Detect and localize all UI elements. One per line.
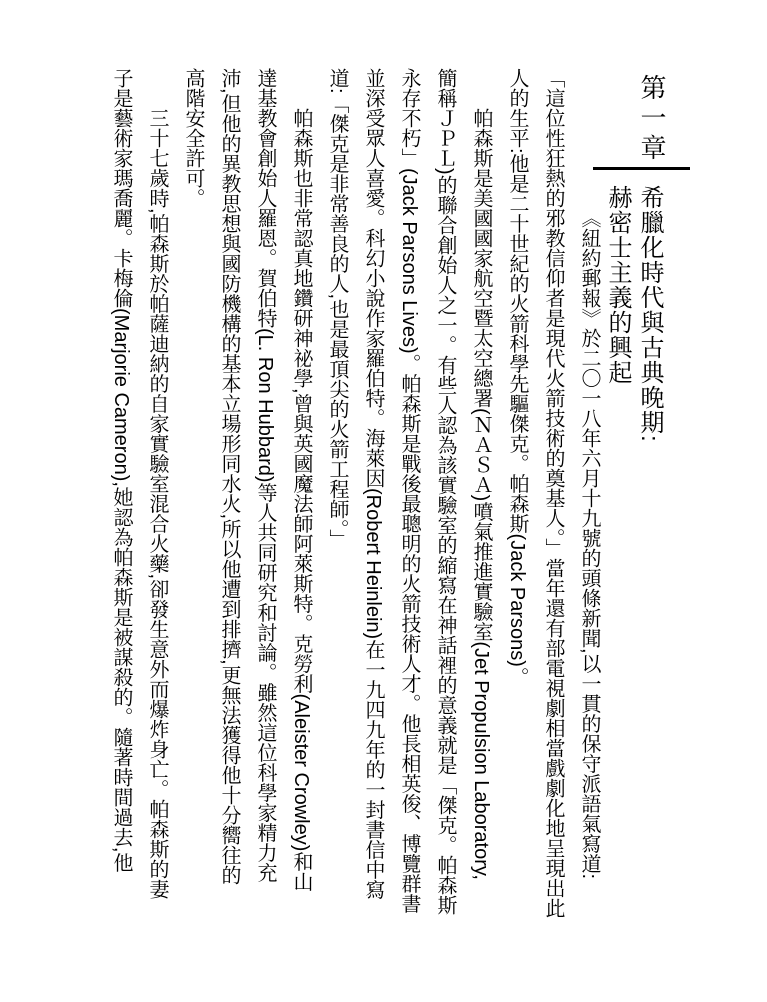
body-text: 《紐約郵報》於二〇一八年六月十九號的頭條新聞,以一貫的保守派語氣寫道: 「這位性… <box>103 68 607 918</box>
chapter-title-line-1: 希臘化時代與古典晚期: <box>633 185 665 443</box>
text-column: 道:「傑克是非常善良的人,也是最頂尖的火箭工程師。」 <box>319 68 355 918</box>
text-column: 達基教會創始人羅恩。賀伯特(L. Ron Hubbard)等人共同研究和討論。雖… <box>247 68 283 918</box>
text-column: 「這位性狂熱的邪教信仰者是現代火箭技術的奠基人。」當年還有部電視劇相當戲劇化地呈… <box>535 68 571 918</box>
text-column: 高階安全許可。 <box>175 68 211 918</box>
chapter-number: 第一章 <box>634 74 671 164</box>
text-column: 三十七歲時,帕森斯於帕薩迪納的自家實驗室混合火藥,卻發生意外而爆炸身亡。帕森斯的… <box>139 68 175 918</box>
text-column: 帕森斯是美國國家航空暨太空總署(ＮＡＳＡ)噴氣推進實驗室(Jet Propuls… <box>463 68 499 918</box>
text-column: 子是藝術家瑪喬麗。卡梅倫(Marjorie Cameron),她認為帕森斯是被謀… <box>103 68 139 918</box>
text-column: 人的生平:他是二十世紀的火箭科學先驅傑克。帕森斯(Jack Parsons)。 <box>499 68 535 918</box>
text-column: 沛,但他的異教思想與國防機構的基本立場形同水火,所以他遭到排擠,更無法獲得他十分… <box>211 68 247 918</box>
chapter-title: 希臘化時代與古典晚期: 赫密士主義的興起 <box>601 185 665 443</box>
text-column: 並深受眾人喜愛。科幻小說作家羅伯特。海萊因(Robert Heinlein)在一… <box>355 68 391 918</box>
text-column: 永存不朽」(Jack Parsons Lives)。帕森斯是戰後最聰明的火箭技術… <box>391 68 427 918</box>
text-column: 帕森斯也非常認真地鑽研神祕學,曾與英國魔法師阿萊斯特。克勞利(Aleister … <box>283 68 319 918</box>
book-page: 第一章 希臘化時代與古典晚期: 赫密士主義的興起 《紐約郵報》於二〇一八年六月十… <box>0 0 767 1002</box>
text-column: 《紐約郵報》於二〇一八年六月十九號的頭條新聞,以一貫的保守派語氣寫道: <box>571 68 607 918</box>
text-column: 簡稱ＪＰＬ)的聯合創始人之一。有些人認為該實驗室的縮寫在神話裡的意義就是「傑克。… <box>427 68 463 918</box>
chapter-title-divider <box>593 167 690 170</box>
